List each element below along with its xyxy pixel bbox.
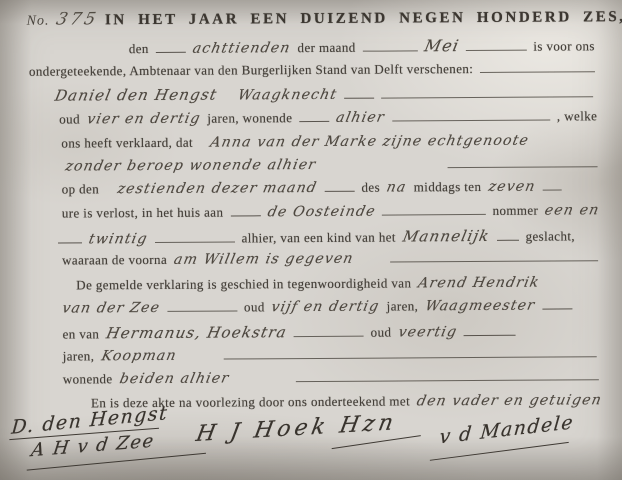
written-sex: Mannelijk — [401, 227, 491, 246]
printed-welke: , welke — [557, 108, 597, 124]
signature-witness2: H J Hoek Hzn — [194, 410, 399, 447]
written-ampm: na — [385, 179, 408, 195]
written-witness2-name: Hermanus, Hoekstra — [104, 323, 288, 342]
printed-verlost: ure is verlost, in het huis aan — [62, 205, 224, 222]
printed-oud-2: oud — [244, 299, 265, 315]
fill-line — [466, 50, 526, 51]
written-witness2-occupation: Koopman — [100, 348, 178, 364]
written-house-number-1: een en — [544, 202, 602, 218]
printed-nommer: nommer — [492, 203, 538, 219]
printed-wonende-2: wonende — [63, 371, 113, 387]
line-witness-intro: De gemelde verklaring is geschied in teg… — [76, 274, 608, 293]
printed-en-van: en van — [63, 326, 100, 342]
written-hour: zeven — [487, 179, 537, 195]
fill-line — [464, 335, 516, 336]
written-declarant-name: Daniel den Hengst — [53, 86, 219, 105]
printed-middags-ten: middags ten — [414, 179, 482, 195]
document-content: No. 375 IN HET JAAR EEN DUIZEND NEGEN HO… — [0, 0, 622, 480]
line-age: oud vier en dertig jaren, wonende alhier… — [59, 108, 597, 127]
act-number-label: No. — [27, 14, 50, 30]
fill-line — [391, 260, 599, 262]
fill-line — [392, 120, 550, 122]
fill-line — [497, 240, 519, 241]
written-birth-day: zestienden dezer maand — [116, 180, 319, 197]
written-month: Mei — [423, 36, 461, 55]
written-witness1-lastname: van der Zee — [61, 300, 162, 317]
printed-oud-3: oud — [371, 325, 392, 341]
header-row: No. 375 IN HET JAAR EEN DUIZEND NEGEN HO… — [27, 6, 599, 29]
printed-kind-van-het: alhier, van een kind van het — [242, 229, 396, 246]
printed-is-voor-ons: is voor ons — [533, 38, 595, 54]
line-witness-residence: wonende beiden alhier — [63, 368, 599, 387]
written-witness1-occupation: Waagmeester — [424, 298, 537, 315]
written-firstname: am Willem is gegeven — [172, 251, 355, 268]
fill-line — [223, 356, 596, 359]
line-witness1: van der Zee oud vijf en dertig jaren, Wa… — [62, 297, 592, 316]
line-declared: ons heeft verklaard, dat Anna van der Ma… — [61, 132, 611, 151]
written-witness1-age: vijf en dertig — [270, 299, 381, 316]
printed-jaren-2: jaren, — [387, 298, 419, 314]
fill-line — [344, 98, 374, 99]
printed-oud: oud — [59, 111, 80, 127]
fill-line — [382, 214, 485, 216]
fill-line — [324, 191, 354, 192]
line-registrar: ondergeteekende, Ambtenaar van den Burge… — [29, 60, 595, 79]
fill-line — [167, 310, 237, 311]
page-title: IN HET JAAR EEN DUIZEND NEGEN HONDERD ZE… — [105, 9, 622, 29]
printed-jaren-3: jaren, — [63, 348, 95, 364]
line-witness2-occupation: jaren, Koopman — [63, 345, 597, 364]
written-day: achttienden — [191, 40, 292, 57]
fill-line — [542, 308, 572, 309]
written-witness1-firstnames: Arend Hendrik — [417, 275, 542, 292]
written-house-number-2: twintig — [87, 231, 149, 247]
printed-geslacht: geslacht, — [526, 228, 576, 244]
fill-line — [542, 189, 561, 190]
fill-line — [156, 52, 186, 53]
written-declarant-occupation: Waagknecht — [237, 87, 339, 104]
printed-verklaard: ons heeft verklaard, dat — [61, 135, 193, 152]
line-mother-continued: zonder beroep wonende alhier — [65, 155, 597, 174]
line-birthday: op den zestienden dezer maand des na mid… — [62, 178, 562, 197]
act-number-value: 375 — [54, 9, 100, 29]
printed-des: des — [361, 180, 380, 196]
fill-line — [480, 71, 595, 73]
printed-jaren-wonende: jaren, wonende — [207, 110, 292, 127]
fill-line — [296, 379, 599, 382]
printed-voornaam: waaraan de voorna — [62, 252, 167, 269]
written-residence: alhier — [335, 110, 387, 126]
line-firstname: waaraan de voorna am Willem is gegeven — [62, 249, 598, 268]
fill-line — [155, 241, 235, 242]
printed-registrar: ondergeteekende, Ambtenaar van den Burge… — [29, 61, 473, 80]
printed-den: den — [129, 41, 149, 57]
fill-line — [363, 50, 418, 51]
fill-line — [448, 166, 598, 168]
written-witness2-age: veertig — [397, 324, 459, 340]
written-age: vier en dertig — [85, 111, 202, 128]
fill-line — [294, 336, 364, 337]
fill-line — [58, 242, 82, 243]
written-mother-name: Anna van der Marke zijne echtgenoote — [208, 133, 530, 151]
line-number-sex: twintig alhier, van een kind van het Man… — [58, 226, 598, 247]
line-date: den achttienden der maand Mei is voor on… — [129, 35, 595, 57]
line-house: ure is verlost, in het huis aan de Ooste… — [62, 202, 600, 221]
fill-line — [230, 215, 260, 216]
written-closing: den vader en getuigen — [415, 392, 603, 409]
line-declarant: Daniel den Hengst Waagknecht — [55, 83, 593, 104]
written-witness-residence: beiden alhier — [118, 370, 231, 387]
printed-op-den: op den — [62, 181, 100, 197]
fill-line — [381, 96, 593, 98]
printed-witness-intro: De gemelde verklaring is geschied in teg… — [76, 275, 411, 293]
written-street: de Oosteinde — [266, 204, 377, 221]
fill-line — [299, 121, 329, 122]
scanned-birth-certificate: No. 375 IN HET JAAR EEN DUIZEND NEGEN HO… — [0, 0, 622, 480]
written-mother-occupation: zonder beroep wonende alhier — [64, 157, 318, 175]
printed-der-maand: der maand — [297, 40, 355, 56]
line-witness2: en van Hermanus, Hoekstra oud veertig — [63, 322, 515, 343]
